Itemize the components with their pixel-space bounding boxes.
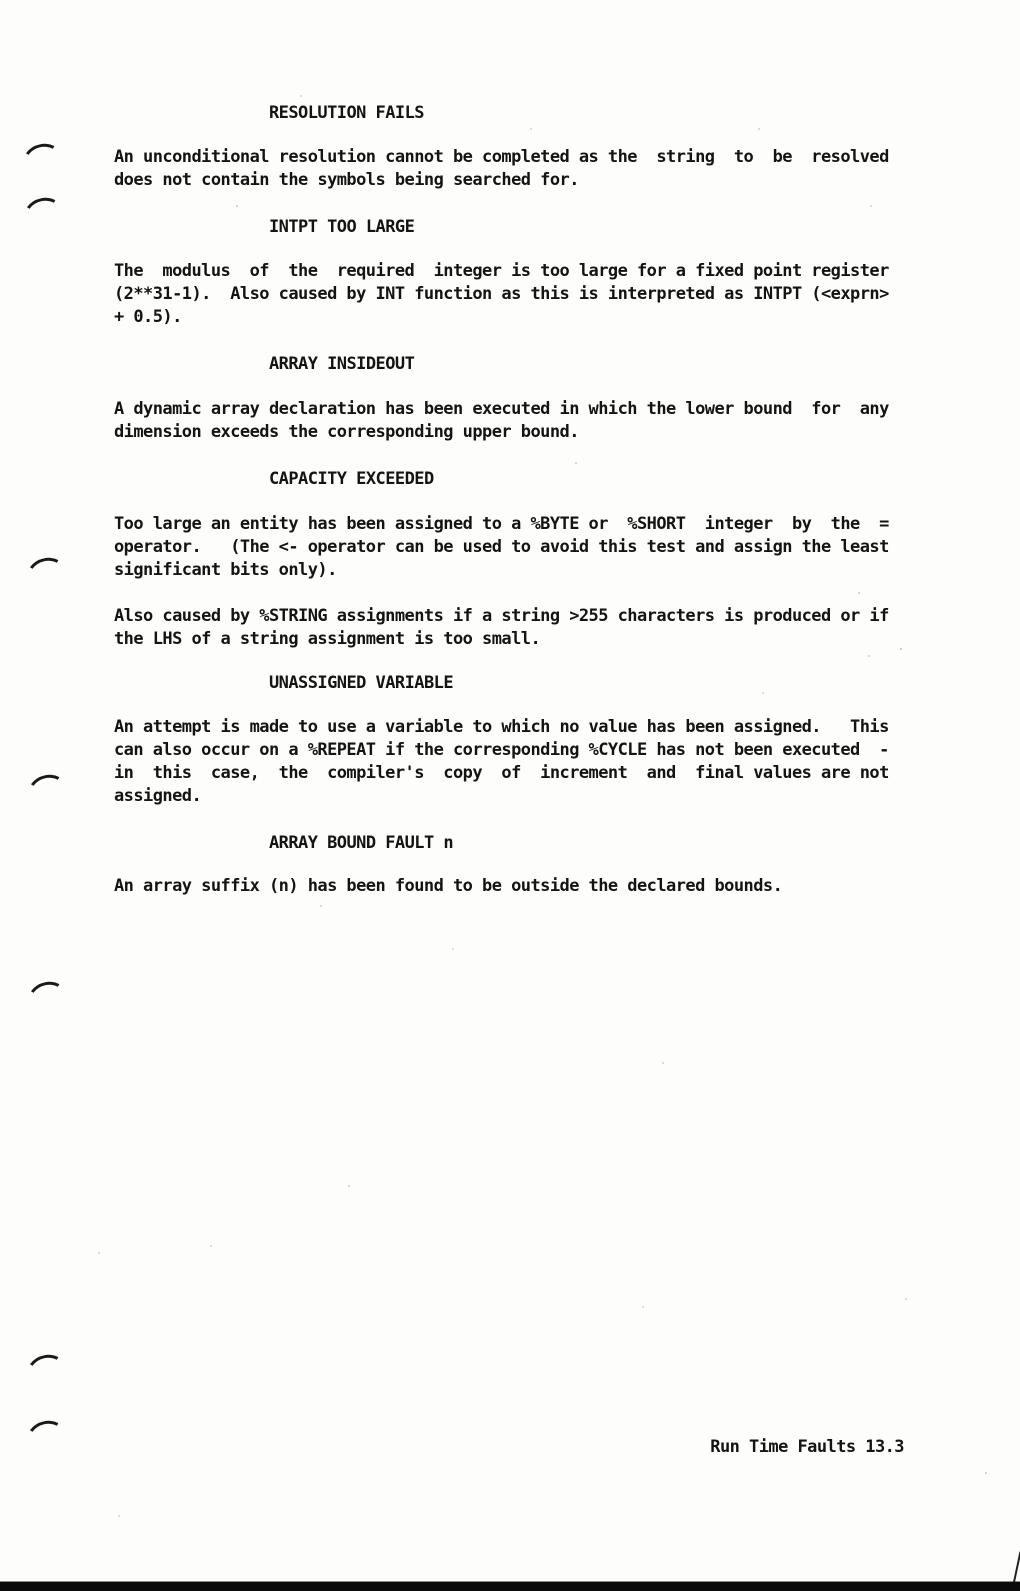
photocopy-noise xyxy=(0,0,2,2)
paragraph: An unconditional resolution cannot be co… xyxy=(114,146,920,192)
page-footer: Run Time Faults 13.3 xyxy=(114,1436,904,1459)
binding-arc-mark xyxy=(24,978,71,1021)
paragraph: The modulus of the required integer is t… xyxy=(114,260,920,329)
paragraph: An attempt is made to use a variable to … xyxy=(114,716,920,808)
scanned-document-page: RESOLUTION FAILS An unconditional resolu… xyxy=(0,0,1020,1591)
section-heading: UNASSIGNED VARIABLE xyxy=(269,672,869,695)
section-heading: ARRAY BOUND FAULT n xyxy=(269,832,869,855)
section-heading: INTPT TOO LARGE xyxy=(269,216,869,239)
paragraph: Also caused by %STRING assignments if a … xyxy=(114,605,920,651)
paragraph: An array suffix (n) has been found to be… xyxy=(114,875,920,898)
paragraph: A dynamic array declaration has been exe… xyxy=(114,398,920,444)
section-heading: CAPACITY EXCEEDED xyxy=(269,468,869,491)
binding-arc-mark xyxy=(20,194,67,237)
binding-arc-mark xyxy=(23,1351,70,1394)
binding-arc-mark xyxy=(23,1417,70,1460)
scan-artifact xyxy=(1012,1551,1020,1585)
binding-arc-mark xyxy=(24,771,71,814)
binding-arc-mark xyxy=(19,140,66,183)
section-heading: ARRAY INSIDEOUT xyxy=(269,353,869,376)
section-heading: RESOLUTION FAILS xyxy=(269,102,869,125)
paragraph: Too large an entity has been assigned to… xyxy=(114,513,920,582)
scan-edge-bar xyxy=(0,1582,1020,1591)
binding-arc-mark xyxy=(23,554,70,597)
